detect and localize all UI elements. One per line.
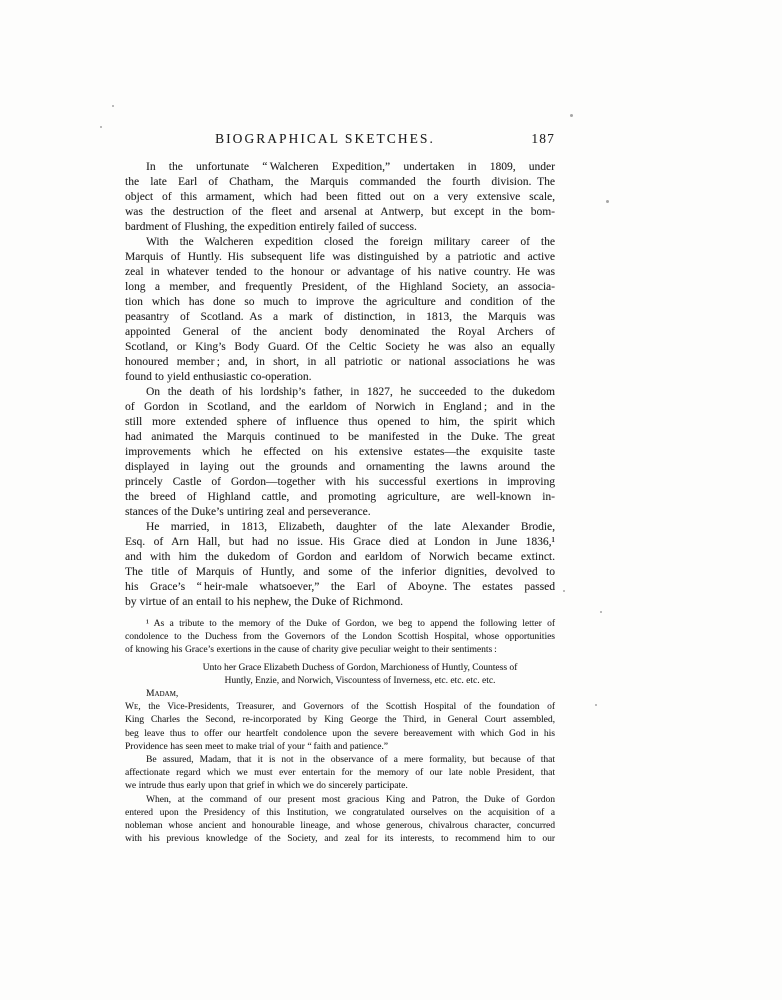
paragraph: He married, in 1813, Elizabeth, daughter… <box>125 520 555 610</box>
address-line: Huntly, Enzie, and Norwich, Viscountess … <box>165 675 555 688</box>
letter-body: Madam,We, the Vice-Presidents, Treasurer… <box>125 688 555 846</box>
footnote: ¹ As a tribute to the memory of the Duke… <box>125 618 555 846</box>
paragraph: ¹ As a tribute to the memory of the Duke… <box>125 618 555 658</box>
text-line: We, the Vice-Presidents, Treasurer, and … <box>125 701 555 714</box>
scan-speck <box>563 590 565 592</box>
text-line: by virtue of an entail to his nephew, th… <box>125 595 555 610</box>
text-line: appointed General of the ancient body de… <box>125 325 555 340</box>
text-line: On the death of his lordship’s father, i… <box>125 385 555 400</box>
paragraph: We, the Vice-Presidents, Treasurer, and … <box>125 701 555 754</box>
paragraph: When, at the command of our present most… <box>125 794 555 847</box>
paragraph: Madam, <box>125 688 555 701</box>
text-line: With the Walcheren expedition closed the… <box>125 235 555 250</box>
text-line: condolence to the Duchess from the Gover… <box>125 631 555 644</box>
paragraph: In the unfortunate “ Walcheren Expeditio… <box>125 160 555 235</box>
text-line: nobleman whose ancient and honourable li… <box>125 820 555 833</box>
text-line: and with him the dukedom of Gordon and e… <box>125 550 555 565</box>
text-line: the breed of Highland cattle, and promot… <box>125 490 555 505</box>
text-line: improvements which he effected on his ex… <box>125 445 555 460</box>
text-line: In the unfortunate “ Walcheren Expeditio… <box>125 160 555 175</box>
text-line: princely Castle of Gordon—together with … <box>125 475 555 490</box>
text-line: stances of the Duke’s untiring zeal and … <box>125 505 555 520</box>
text-line: long a member, and frequently President,… <box>125 280 555 295</box>
scan-speck <box>595 704 597 706</box>
small-caps-text: Madam <box>146 689 176 699</box>
running-head-title: BIOGRAPHICAL SKETCHES. <box>215 131 435 146</box>
text-line: Be assured, Madam, that it is not in the… <box>125 754 555 767</box>
text-line: honoured member ; and, in short, in all … <box>125 355 555 370</box>
main-text: In the unfortunate “ Walcheren Expeditio… <box>125 160 555 610</box>
text-line: displayed in laying out the grounds and … <box>125 460 555 475</box>
text-line: object of this armament, which had been … <box>125 190 555 205</box>
scan-speck <box>112 105 114 107</box>
text-line: He married, in 1813, Elizabeth, daughter… <box>125 520 555 535</box>
text-line: his Grace’s “ heir-male whatsoever,” the… <box>125 580 555 595</box>
text-line: affectionate regard which we must ever e… <box>125 767 555 780</box>
scan-speck <box>606 200 609 203</box>
text-line: the late Earl of Chatham, the Marquis co… <box>125 175 555 190</box>
text-line: of knowing his Grace’s exertions in the … <box>125 644 555 657</box>
scan-speck <box>570 114 573 117</box>
text-line: peasantry of Scotland. As a mark of dist… <box>125 310 555 325</box>
scan-speck <box>100 126 102 128</box>
address-block: Unto her Grace Elizabeth Duchess of Gord… <box>125 662 555 688</box>
book-page: BIOGRAPHICAL SKETCHES. 187 In the unfort… <box>0 0 782 1000</box>
text-line: ¹ As a tribute to the memory of the Duke… <box>125 618 555 631</box>
paragraph: On the death of his lordship’s father, i… <box>125 385 555 520</box>
text-line: tion which has done so much to improve t… <box>125 295 555 310</box>
text-line: bardment of Flushing, the expedition ent… <box>125 220 555 235</box>
text-line: Esq. of Arn Hall, but had no issue. His … <box>125 535 555 550</box>
text-line: entered upon the Presidency of this Inst… <box>125 807 555 820</box>
text-line: had animated the Marquis continued to be… <box>125 430 555 445</box>
footnote-intro: ¹ As a tribute to the memory of the Duke… <box>125 618 555 658</box>
paragraph: With the Walcheren expedition closed the… <box>125 235 555 385</box>
scan-speck <box>600 611 602 613</box>
paragraph: Be assured, Madam, that it is not in the… <box>125 754 555 794</box>
page-number: 187 <box>531 131 555 147</box>
text-line: was the destruction of the fleet and ars… <box>125 205 555 220</box>
text-line: The title of Marquis of Huntly, and some… <box>125 565 555 580</box>
text-line: Madam, <box>125 688 555 701</box>
text-line: of Gordon in Scotland, and the earldom o… <box>125 400 555 415</box>
text-line: beg leave thus to offer our heartfelt co… <box>125 728 555 741</box>
text-line: with his previous knowledge of the Socie… <box>125 833 555 846</box>
text-line: Providence has seen meet to make trial o… <box>125 741 555 754</box>
text-line: still more extended sphere of influence … <box>125 415 555 430</box>
text-line: found to yield enthusiastic co-operation… <box>125 370 555 385</box>
text-line: Scotland, or King’s Body Guard. Of the C… <box>125 340 555 355</box>
page-header: BIOGRAPHICAL SKETCHES. 187 <box>125 131 555 149</box>
small-caps-text: We <box>125 702 138 712</box>
address-line: Unto her Grace Elizabeth Duchess of Gord… <box>165 662 555 675</box>
text-line: When, at the command of our present most… <box>125 794 555 807</box>
text-line: King Charles the Second, re-incorporated… <box>125 714 555 727</box>
text-line: zeal in whatever tended to the honour or… <box>125 265 555 280</box>
text-line: we intrude thus early upon that grief in… <box>125 780 555 793</box>
text-line: Marquis of Huntly. His subsequent life w… <box>125 250 555 265</box>
